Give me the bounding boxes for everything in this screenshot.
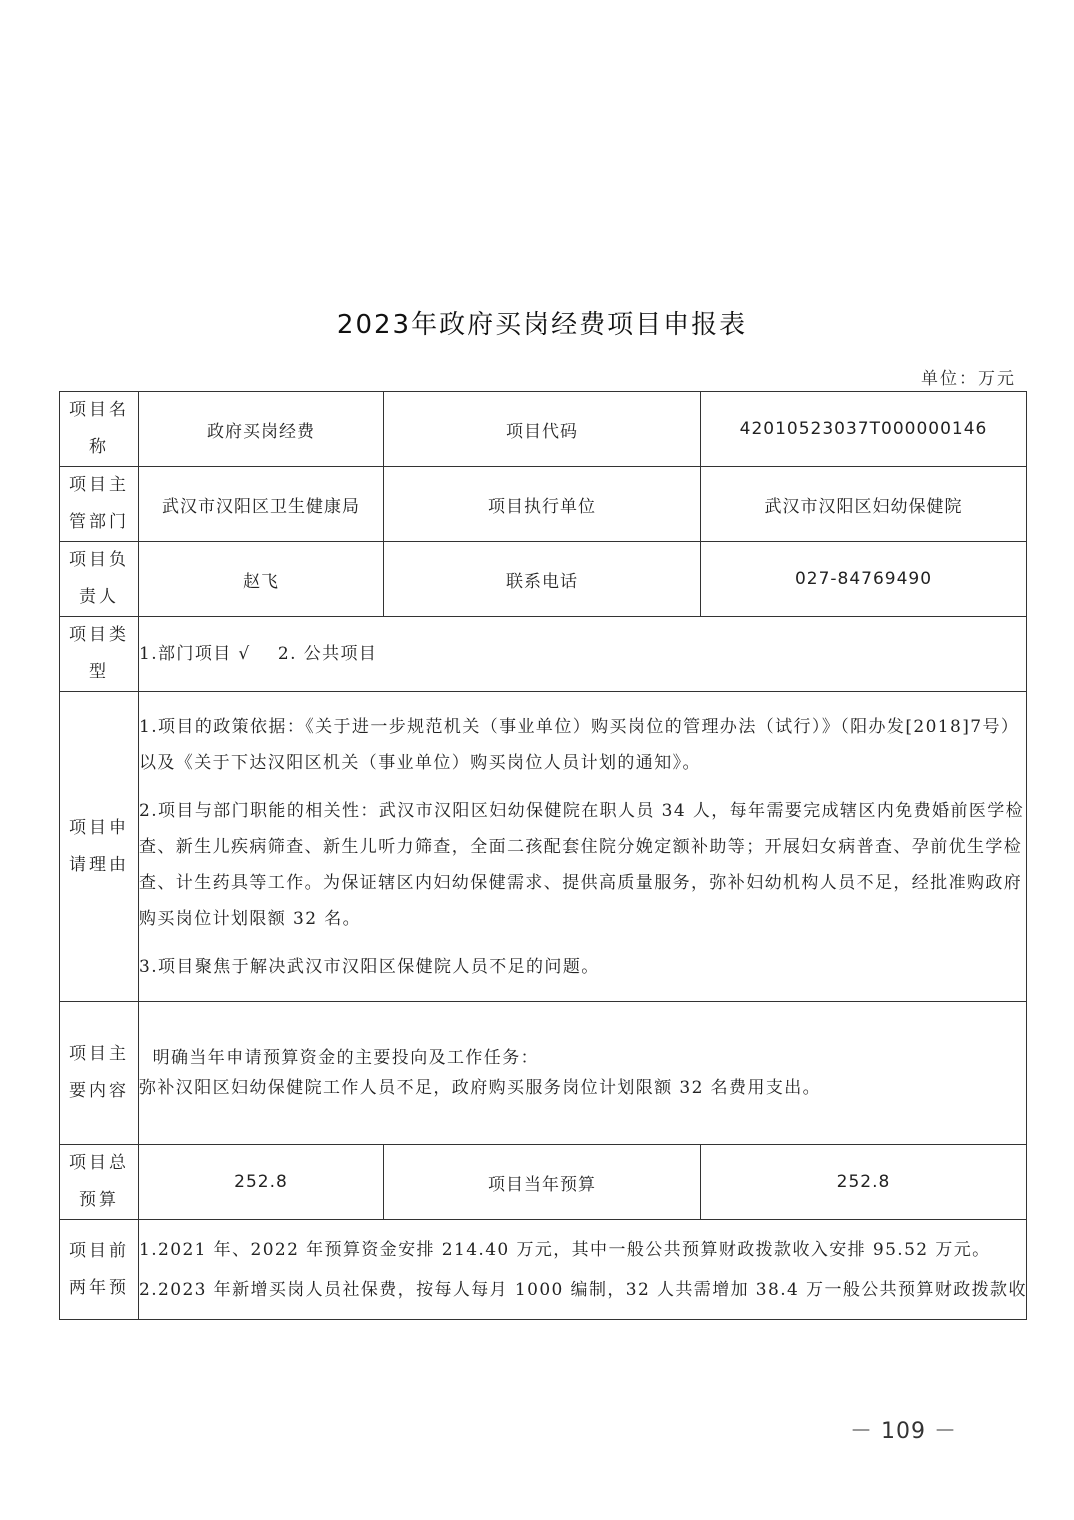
- reason-paragraph-1: 1.项目的政策依据：《关于进一步规范机关（事业单位）购买岗位的管理办法（试行）》…: [139, 709, 1026, 781]
- row-budget: 项目总预算 252.8 项目当年预算 252.8: [60, 1145, 1027, 1220]
- project-code-value: 42010523037T000000146: [701, 392, 1027, 467]
- previous-two-years-label: 项目前两年预: [60, 1220, 139, 1320]
- reason-paragraph-3: 3.项目聚焦于解决武汉市汉阳区保健院人员不足的问题。: [139, 949, 1026, 985]
- row-main-content: 项目主要内容 明确当年申请预算资金的主要投向及工作任务： 弥补汉阳区妇幼保健院工…: [60, 1002, 1027, 1145]
- row-previous-two-years: 项目前两年预 1.2021 年、2022 年预算资金安排 214.40 万元，其…: [60, 1220, 1027, 1320]
- project-name-label: 项目名称: [60, 392, 139, 467]
- row-departments: 项目主管部门 武汉市汉阳区卫生健康局 项目执行单位 武汉市汉阳区妇幼保健院: [60, 467, 1027, 542]
- previous-paragraph-2: 2.2023 年新增买岗人员社保费，按每人每月 1000 编制，32 人共需增加…: [139, 1276, 1026, 1304]
- row-project-type: 项目类型 1.部门项目 √ 2. 公共项目: [60, 617, 1027, 692]
- person-in-charge-value: 赵飞: [139, 542, 384, 617]
- project-code-label: 项目代码: [384, 392, 701, 467]
- document-title: 2023年政府买岗经费项目申报表: [0, 304, 1074, 341]
- contact-phone-value: 027-84769490: [701, 542, 1027, 617]
- project-type-value: 1.部门项目 √ 2. 公共项目: [139, 617, 1027, 692]
- main-content-line-2: 弥补汉阳区妇幼保健院工作人员不足，政府购买服务岗位计划限额 32 名费用支出。: [139, 1073, 1026, 1103]
- project-type-label: 项目类型: [60, 617, 139, 692]
- total-budget-value: 252.8: [139, 1145, 384, 1220]
- executing-unit-label: 项目执行单位: [384, 467, 701, 542]
- reason-paragraph-2: 2.项目与部门职能的相关性：武汉市汉阳区妇幼保健院在职人员 34 人，每年需要完…: [139, 793, 1026, 937]
- supervising-dept-value: 武汉市汉阳区卫生健康局: [139, 467, 384, 542]
- previous-paragraph-1: 1.2021 年、2022 年预算资金安排 214.40 万元，其中一般公共预算…: [139, 1236, 1026, 1264]
- unit-label: 单位：万元: [921, 364, 1016, 389]
- project-name-value: 政府买岗经费: [139, 392, 384, 467]
- main-content-label: 项目主要内容: [60, 1002, 139, 1145]
- executing-unit-value: 武汉市汉阳区妇幼保健院: [701, 467, 1027, 542]
- project-application-table: 项目名称 政府买岗经费 项目代码 42010523037T000000146 项…: [59, 391, 1027, 1320]
- row-project-name: 项目名称 政府买岗经费 项目代码 42010523037T000000146: [60, 392, 1027, 467]
- current-year-budget-label: 项目当年预算: [384, 1145, 701, 1220]
- main-content-text: 明确当年申请预算资金的主要投向及工作任务： 弥补汉阳区妇幼保健院工作人员不足，政…: [139, 1002, 1027, 1145]
- main-content-line-1: 明确当年申请预算资金的主要投向及工作任务：: [139, 1043, 1026, 1073]
- application-reason-label: 项目申请理由: [60, 692, 139, 1002]
- current-year-budget-value: 252.8: [701, 1145, 1027, 1220]
- contact-phone-label: 联系电话: [384, 542, 701, 617]
- application-reason-content: 1.项目的政策依据：《关于进一步规范机关（事业单位）购买岗位的管理办法（试行）》…: [139, 692, 1027, 1002]
- row-application-reason: 项目申请理由 1.项目的政策依据：《关于进一步规范机关（事业单位）购买岗位的管理…: [60, 692, 1027, 1002]
- person-in-charge-label: 项目负责人: [60, 542, 139, 617]
- previous-two-years-content: 1.2021 年、2022 年预算资金安排 214.40 万元，其中一般公共预算…: [139, 1220, 1027, 1320]
- total-budget-label: 项目总预算: [60, 1145, 139, 1220]
- row-contact: 项目负责人 赵飞 联系电话 027-84769490: [60, 542, 1027, 617]
- supervising-dept-label: 项目主管部门: [60, 467, 139, 542]
- page-number: － 109 －: [850, 1414, 957, 1445]
